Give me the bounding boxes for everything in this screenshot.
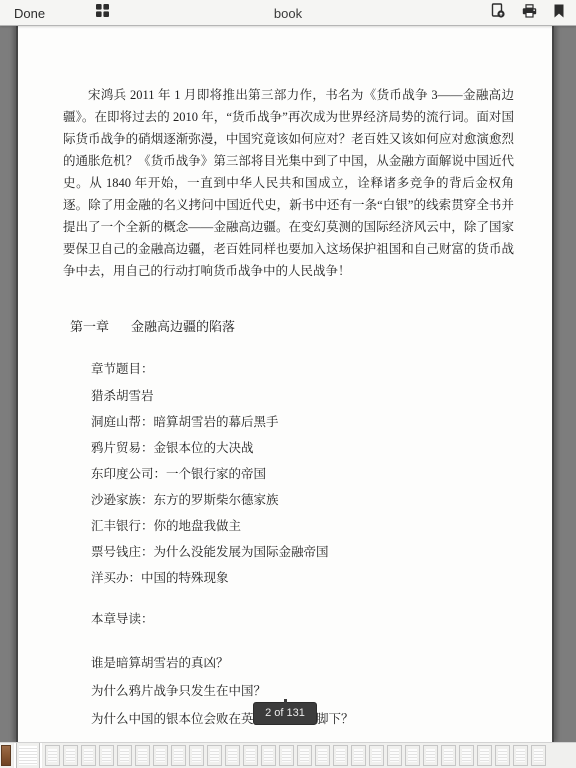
grid-icon bbox=[96, 4, 109, 22]
page-thumbnail[interactable] bbox=[189, 745, 204, 766]
printer-icon bbox=[522, 4, 537, 23]
topic-list: 猎杀胡雪岩洞庭山帮：暗算胡雪岩的幕后黑手鸦片贸易：金银本位的大决战东印度公司：一… bbox=[91, 383, 514, 591]
page-thumbnail[interactable] bbox=[261, 745, 276, 766]
page-thumbnail[interactable] bbox=[405, 745, 420, 766]
page-thumbnail[interactable] bbox=[171, 745, 186, 766]
question-item: 谁是暗算胡雪岩的真凶？ bbox=[91, 649, 514, 677]
page-content: 宋鸿兵 2011 年 1 月即将推出第三部力作，书名为《货币战争 3——金融高边… bbox=[18, 26, 552, 733]
cover-thumbnail[interactable] bbox=[1, 745, 11, 766]
chapter-title: 金融高边疆的陷落 bbox=[131, 319, 235, 334]
badge-notch bbox=[284, 699, 287, 703]
bookmark-button[interactable] bbox=[554, 4, 564, 23]
page-thumbnail[interactable] bbox=[99, 745, 114, 766]
toolbar-right-icons bbox=[491, 0, 564, 26]
page-thumbnail[interactable] bbox=[495, 745, 510, 766]
page-thumbnail[interactable] bbox=[351, 745, 366, 766]
page-thumbnail[interactable] bbox=[459, 745, 474, 766]
chapter-number: 第一章 bbox=[70, 319, 109, 334]
page-thumbnail[interactable] bbox=[279, 745, 294, 766]
toolbar: Done book bbox=[0, 0, 576, 26]
page-thumbnail[interactable] bbox=[135, 745, 150, 766]
page-thumbnail[interactable] bbox=[315, 745, 330, 766]
bookmark-icon bbox=[554, 4, 564, 23]
guide-label: 本章导读： bbox=[91, 609, 514, 627]
page-thumbnail[interactable] bbox=[63, 745, 78, 766]
export-icon bbox=[491, 3, 505, 23]
page-thumbnail[interactable] bbox=[81, 745, 96, 766]
done-button[interactable]: Done bbox=[14, 0, 45, 26]
thumbnail-grid-button[interactable] bbox=[96, 0, 109, 26]
topic-item: 洞庭山帮：暗算胡雪岩的幕后黑手 bbox=[91, 409, 514, 435]
question-item: 为什么鸦片战争只发生在中国？ bbox=[91, 677, 514, 705]
page-thumbnail[interactable] bbox=[441, 745, 456, 766]
page-thumbnail[interactable] bbox=[117, 745, 132, 766]
page-title: book bbox=[274, 0, 302, 26]
page-thumbnail[interactable] bbox=[387, 745, 402, 766]
page-thumbnail[interactable] bbox=[531, 745, 546, 766]
topic-item: 鸦片贸易：金银本位的大决战 bbox=[91, 435, 514, 461]
topic-item: 猎杀胡雪岩 bbox=[91, 383, 514, 409]
topic-item: 洋买办：中国的特殊现象 bbox=[91, 565, 514, 591]
topic-item: 沙逊家族：东方的罗斯柴尔德家族 bbox=[91, 487, 514, 513]
page-thumbnail[interactable] bbox=[45, 745, 60, 766]
chapter-heading: 第一章金融高边疆的陷落 bbox=[70, 316, 514, 335]
page-thumbnail[interactable] bbox=[153, 745, 168, 766]
page-thumbnail[interactable] bbox=[333, 745, 348, 766]
page-indicator-wrap: 2 of 131 bbox=[18, 702, 552, 725]
page-thumbnail[interactable] bbox=[243, 745, 258, 766]
print-button[interactable] bbox=[522, 4, 537, 23]
topic-item: 汇丰银行：你的地盘我做主 bbox=[91, 513, 514, 539]
page-thumbnail[interactable] bbox=[423, 745, 438, 766]
page-thumbnail[interactable] bbox=[477, 745, 492, 766]
page-thumbnail[interactable] bbox=[225, 745, 240, 766]
topic-item: 票号钱庄：为什么没能发展为国际金融帝国 bbox=[91, 539, 514, 565]
current-page-thumbnail[interactable] bbox=[16, 742, 40, 768]
intro-paragraph: 宋鸿兵 2011 年 1 月即将推出第三部力作，书名为《货币战争 3——金融高边… bbox=[63, 84, 514, 282]
page-thumbnail[interactable] bbox=[207, 745, 222, 766]
export-button[interactable] bbox=[491, 3, 505, 23]
topic-item: 东印度公司：一个银行家的帝国 bbox=[91, 461, 514, 487]
document-page: 宋鸿兵 2011 年 1 月即将推出第三部力作，书名为《货币战争 3——金融高边… bbox=[16, 26, 554, 742]
thumbnail-strip[interactable] bbox=[0, 742, 576, 768]
page-thumbnail[interactable] bbox=[297, 745, 312, 766]
page-indicator-badge: 2 of 131 bbox=[253, 702, 317, 725]
page-thumbnail[interactable] bbox=[513, 745, 528, 766]
page-thumbnail[interactable] bbox=[369, 745, 384, 766]
section-label: 章节题目： bbox=[91, 359, 514, 377]
